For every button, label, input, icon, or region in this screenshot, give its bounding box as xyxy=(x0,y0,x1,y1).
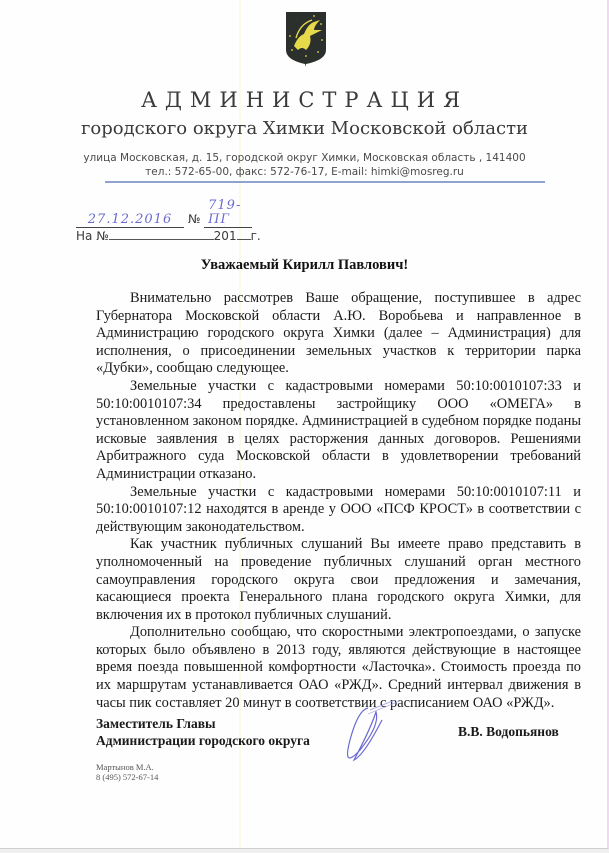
executor-info: Мартынов М.А. 8 (495) 572-67-14 xyxy=(96,762,158,782)
registration-date: 27.12.2016 xyxy=(76,213,184,228)
paragraph: Дополнительно сообщаю, что скоростными э… xyxy=(96,624,581,712)
paragraph: Как участник публичных слушаний Вы имеет… xyxy=(96,536,581,624)
signer-title-line2: Администрации городского округа xyxy=(96,732,310,749)
registration-line: 27.12.2016 № 719-ПГ xyxy=(76,199,252,228)
org-contacts: тел.: 572-65-00, факс: 572-76-17, E-mail… xyxy=(0,166,609,178)
signer-name: В.В. Водопьянов xyxy=(458,724,559,740)
reply-number-blank xyxy=(109,227,214,240)
header-divider xyxy=(105,181,545,183)
reply-year-prefix: 201 xyxy=(214,229,237,243)
registration-number: 719-ПГ xyxy=(204,199,252,228)
reply-reference-line: На №201г. xyxy=(76,227,261,243)
reply-year-suffix: г. xyxy=(251,229,261,243)
paragraph: Земельные участки с кадастровыми номерам… xyxy=(96,378,581,484)
greeting: Уважаемый Кирилл Павлович! xyxy=(0,257,609,274)
signer-title-line1: Заместитель Главы xyxy=(96,715,310,732)
letter-body: Внимательно рассмотрев Ваше обращение, п… xyxy=(96,290,581,712)
letter-page: АДМИНИСТРАЦИЯ городского округа Химки Мо… xyxy=(0,0,609,849)
org-title: АДМИНИСТРАЦИЯ xyxy=(0,88,609,112)
khimki-coat-of-arms-icon xyxy=(284,10,328,68)
handwritten-signature-icon xyxy=(340,700,470,780)
reply-year-blank xyxy=(237,227,251,240)
number-label: № xyxy=(188,212,200,226)
org-subtitle: городского округа Химки Московской облас… xyxy=(0,118,609,139)
paragraph: Внимательно рассмотрев Ваше обращение, п… xyxy=(96,290,581,378)
paragraph: Земельные участки с кадастровыми номерам… xyxy=(96,484,581,537)
signer-position: Заместитель Главы Администрации городско… xyxy=(96,715,310,749)
executor-name: Мартынов М.А. xyxy=(96,762,158,772)
reply-to-label: На № xyxy=(76,229,109,243)
executor-phone: 8 (495) 572-67-14 xyxy=(96,772,158,782)
org-address: улица Московская, д. 15, городской округ… xyxy=(0,152,609,164)
